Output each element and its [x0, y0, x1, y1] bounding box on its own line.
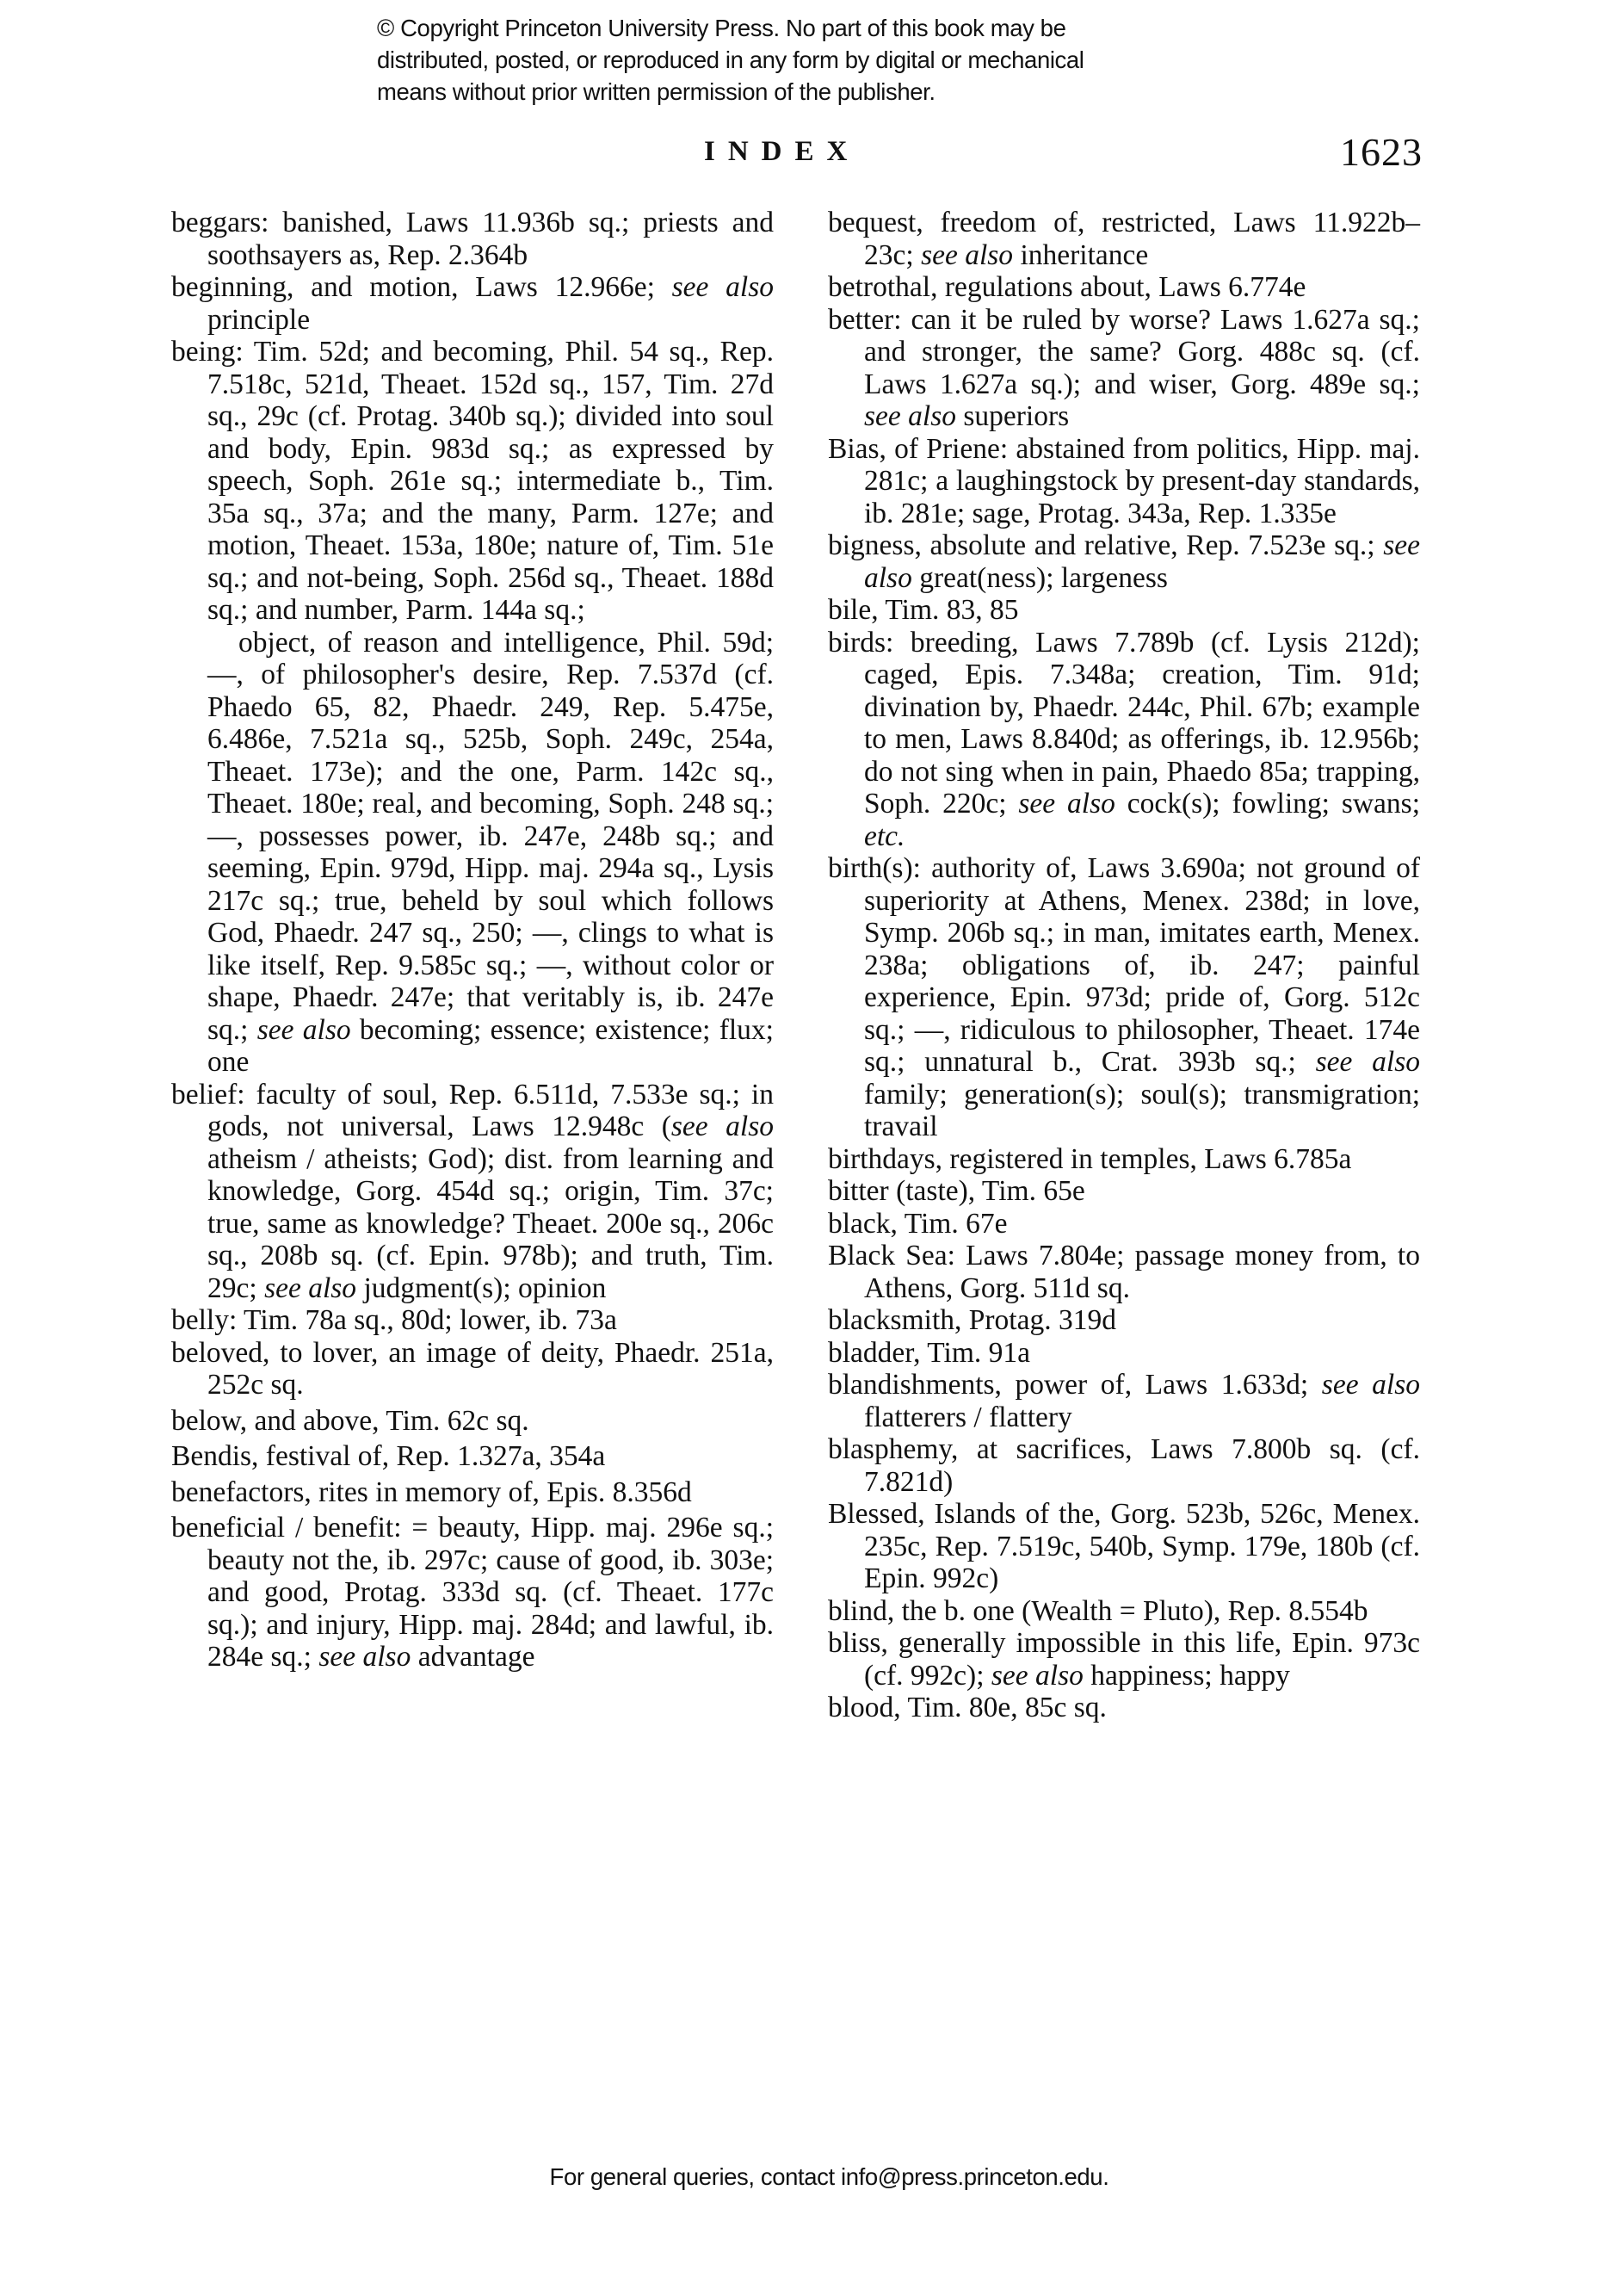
index-entry: Blessed, Islands of the, Gorg. 523b, 526… — [828, 1498, 1420, 1595]
entry-text: beginning, and motion, Laws 12.966e; — [171, 271, 672, 303]
entry-text: black, Tim. 67e — [828, 1208, 1007, 1240]
entry-text: bile, Tim. 83, 85 — [828, 594, 1019, 626]
entry-text: belly: Tim. 78a sq., 80d; lower, ib. 73a — [171, 1304, 617, 1336]
entry-text: benefactors, rites in memory of, Epis. 8… — [171, 1476, 692, 1508]
entry-text: advantage — [411, 1641, 534, 1673]
entry-text: great(ness); largeness — [912, 562, 1168, 594]
cross-reference-label: etc. — [864, 820, 905, 852]
index-entry: bequest, freedom of, restricted, Laws 11… — [828, 207, 1420, 271]
running-head: INDEX 1623 — [0, 129, 1624, 181]
entry-text: birthdays, registered in temples, Laws 6… — [828, 1143, 1351, 1175]
copyright-line: means without prior written permission o… — [377, 76, 1238, 108]
entry-text: family; generation(s); soul(s); transmig… — [864, 1079, 1420, 1143]
entry-text: object, of reason and intelligence, Phil… — [207, 627, 774, 1046]
index-entry: blacksmith, Protag. 319d — [828, 1304, 1420, 1337]
cross-reference-label: see also — [672, 271, 774, 303]
index-entry: being: Tim. 52d; and becoming, Phil. 54 … — [171, 336, 774, 627]
copyright-line: © Copyright Princeton University Press. … — [377, 12, 1238, 44]
entry-text: bladder, Tim. 91a — [828, 1337, 1030, 1369]
cross-reference-label: see also — [921, 239, 1013, 271]
index-entry: Bendis, festival of, Rep. 1.327a, 354a — [171, 1440, 774, 1473]
index-entry: beginning, and motion, Laws 12.966e; see… — [171, 271, 774, 336]
index-entry: beggars: banished, Laws 11.936b sq.; pri… — [171, 207, 774, 271]
index-entry: Black Sea: Laws 7.804e; passage money fr… — [828, 1240, 1420, 1304]
page-number: 1623 — [1340, 129, 1423, 175]
entry-text: superiors — [956, 400, 1069, 432]
entry-text: blandishments, power of, Laws 1.633d; — [828, 1369, 1322, 1401]
index-entry: bigness, absolute and relative, Rep. 7.5… — [828, 529, 1420, 594]
index-entry: belief: faculty of soul, Rep. 6.511d, 7.… — [171, 1079, 774, 1305]
entry-text: happiness; happy — [1084, 1660, 1290, 1692]
entry-text: bitter (taste), Tim. 65e — [828, 1175, 1085, 1207]
index-entry: blind, the b. one (Wealth = Pluto), Rep.… — [828, 1595, 1420, 1628]
index-entry: belly: Tim. 78a sq., 80d; lower, ib. 73a — [171, 1304, 774, 1337]
entry-text: Bias, of Priene: abstained from politics… — [828, 433, 1420, 529]
cross-reference-label: see also — [1018, 788, 1115, 820]
entry-text: better: can it be ruled by worse? Laws 1… — [828, 304, 1420, 400]
index-entry: bladder, Tim. 91a — [828, 1337, 1420, 1370]
entry-text: Bendis, festival of, Rep. 1.327a, 354a — [171, 1440, 605, 1472]
index-entry: blasphemy, at sacrifices, Laws 7.800b sq… — [828, 1433, 1420, 1498]
entry-text: bigness, absolute and relative, Rep. 7.5… — [828, 529, 1383, 561]
entry-text: flatterers / flattery — [864, 1401, 1072, 1433]
index-subentry: object, of reason and intelligence, Phil… — [171, 627, 774, 1079]
index-entry: bliss, generally impossible in this life… — [828, 1627, 1420, 1692]
cross-reference-label: see also — [257, 1014, 351, 1046]
index-entry: benefactors, rites in memory of, Epis. 8… — [171, 1476, 774, 1509]
entry-text: principle — [207, 304, 310, 336]
index-entry: better: can it be ruled by worse? Laws 1… — [828, 304, 1420, 433]
footer-contact: For general queries, contact info@press.… — [0, 2163, 1624, 2191]
entry-text: judgment(s); opinion — [356, 1272, 606, 1304]
index-entry: beneficial / benefit: = beauty, Hipp. ma… — [171, 1512, 774, 1674]
entry-text: being: Tim. 52d; and becoming, Phil. 54 … — [171, 336, 774, 626]
copyright-notice: © Copyright Princeton University Press. … — [377, 12, 1238, 108]
entry-text: below, and above, Tim. 62c sq. — [171, 1405, 529, 1437]
entry-text: inheritance — [1013, 239, 1148, 271]
cross-reference-label: see also — [1316, 1046, 1420, 1078]
index-entry: birthdays, registered in temples, Laws 6… — [828, 1143, 1420, 1176]
entry-text: beggars: banished, Laws 11.936b sq.; pri… — [171, 207, 774, 271]
entry-text: blind, the b. one (Wealth = Pluto), Rep.… — [828, 1595, 1368, 1627]
entry-text: blacksmith, Protag. 319d — [828, 1304, 1116, 1336]
cross-reference-label: see also — [264, 1272, 356, 1304]
cross-reference-label: see also — [991, 1660, 1084, 1692]
entry-text: birth(s): authority of, Laws 3.690a; not… — [828, 852, 1420, 1078]
index-column-left: beggars: banished, Laws 11.936b sq.; pri… — [171, 207, 774, 1674]
entry-text: cock(s); fowling; swans; — [1115, 788, 1420, 820]
cross-reference-label: see also — [864, 400, 956, 432]
entry-text: Blessed, Islands of the, Gorg. 523b, 526… — [828, 1498, 1420, 1594]
index-entry: Bias, of Priene: abstained from politics… — [828, 433, 1420, 530]
entry-text: betrothal, regulations about, Laws 6.774… — [828, 271, 1306, 303]
index-entry: black, Tim. 67e — [828, 1208, 1420, 1240]
cross-reference-label: see also — [1322, 1369, 1420, 1401]
index-entry: blood, Tim. 80e, 85c sq. — [828, 1692, 1420, 1724]
index-entry: below, and above, Tim. 62c sq. — [171, 1405, 774, 1438]
index-entry: beloved, to lover, an image of deity, Ph… — [171, 1337, 774, 1401]
entry-text: Black Sea: Laws 7.804e; passage money fr… — [828, 1240, 1420, 1304]
copyright-line: distributed, posted, or reproduced in an… — [377, 44, 1238, 76]
index-entry: betrothal, regulations about, Laws 6.774… — [828, 271, 1420, 304]
entry-text: blasphemy, at sacrifices, Laws 7.800b sq… — [828, 1433, 1420, 1498]
cross-reference-label: see also — [671, 1111, 774, 1142]
index-entry: bitter (taste), Tim. 65e — [828, 1175, 1420, 1208]
index-entry: birth(s): authority of, Laws 3.690a; not… — [828, 852, 1420, 1143]
index-entry: blandishments, power of, Laws 1.633d; se… — [828, 1369, 1420, 1433]
index-column-right: bequest, freedom of, restricted, Laws 11… — [828, 207, 1420, 1724]
index-entry: bile, Tim. 83, 85 — [828, 594, 1420, 627]
entry-text: blood, Tim. 80e, 85c sq. — [828, 1692, 1107, 1723]
page-title: INDEX — [704, 136, 860, 168]
entry-text: beloved, to lover, an image of deity, Ph… — [171, 1337, 774, 1401]
cross-reference-label: see also — [318, 1641, 411, 1673]
index-entry: birds: breeding, Laws 7.789b (cf. Lysis … — [828, 627, 1420, 853]
